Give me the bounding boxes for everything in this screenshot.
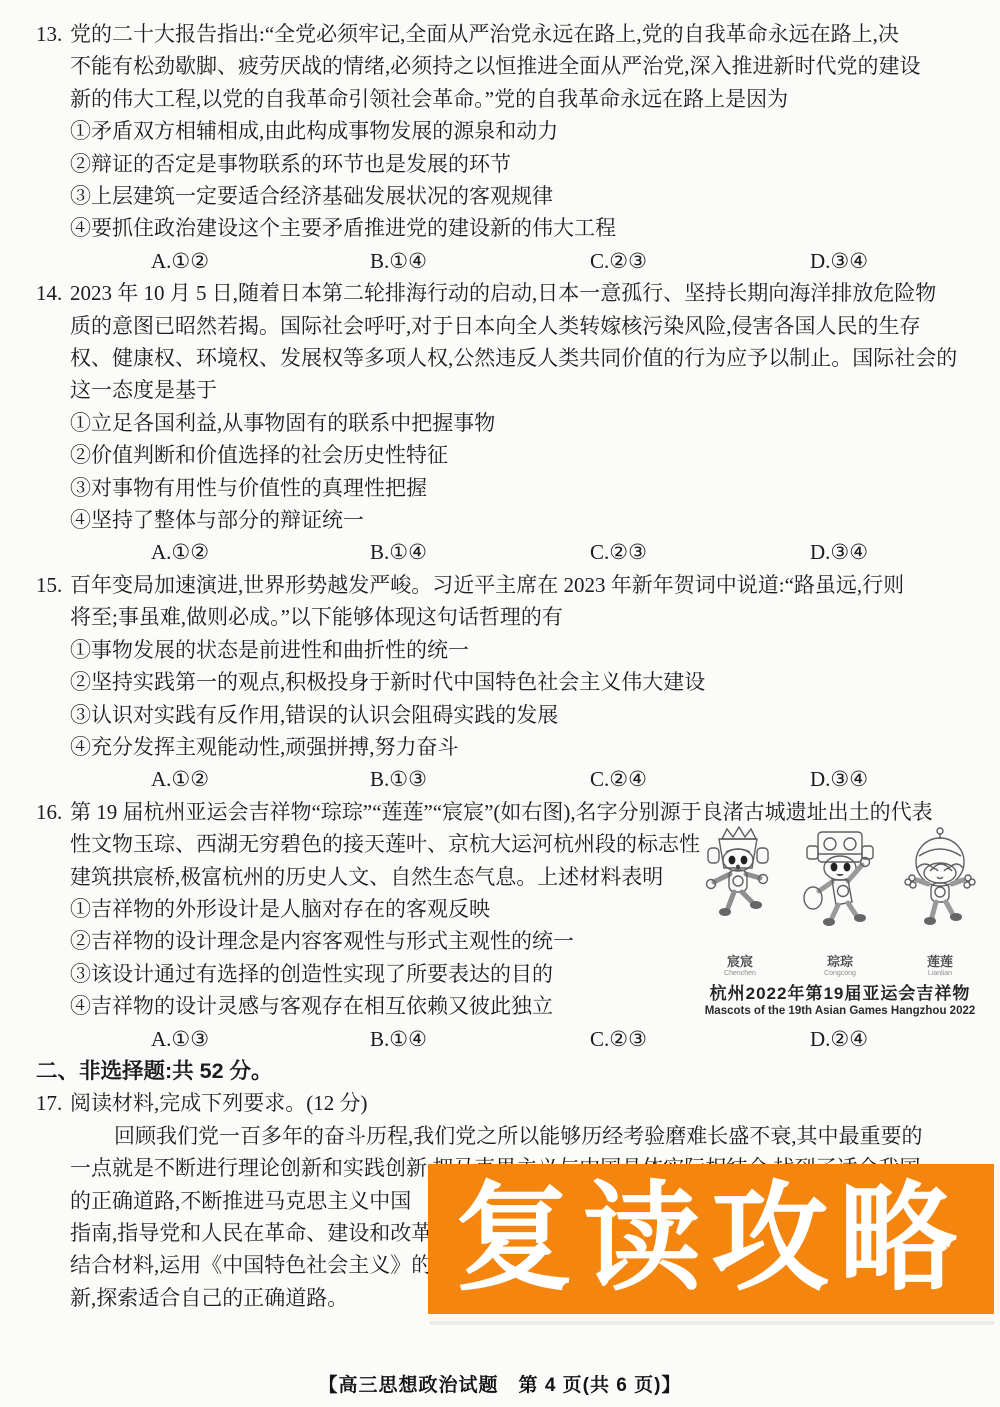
question-15: 15. 百年变局加速演进,世界形势越发严峻。习近平主席在 2023 年新年贺词中… [0, 569, 1000, 796]
question-16-number: 16. [36, 796, 62, 828]
question-17-intro: 阅读材料,完成下列要求。(12 分) [70, 1087, 970, 1119]
question-15-item-1: ①事物发展的状态是前进性和曲折性的统一 [70, 634, 970, 666]
question-13-stem-line: 新的伟大工程,以党的自我革命引领社会革命。”党的自我革命永远在路上是因为 [70, 83, 970, 115]
question-15-item-4: ④充分发挥主观能动性,顽强拼搏,努力奋斗 [70, 731, 970, 763]
question-16-option-d: D.②④ [810, 1023, 868, 1055]
question-14-options-row: A.①② B.①④ C.②③ D.③④ [70, 536, 970, 568]
mascot-name-lianlian: 莲莲 Lianlian [890, 955, 990, 978]
question-16: 16. 第 19 届杭州亚运会吉祥物“琮琮”“莲莲”“宸宸”(如右图),名字分别… [0, 796, 1000, 1055]
question-16-option-b: B.①④ [370, 1023, 427, 1055]
question-15-item-3: ③认识对实践有反作用,错误的认识会阻碍实践的发展 [70, 699, 970, 731]
mascot-name-zh: 宸宸 [690, 955, 790, 969]
question-13-option-b: B.①④ [370, 245, 427, 277]
mascot-chenchen-drawing [707, 827, 769, 916]
watermark-banner: 复读攻略 [428, 1164, 994, 1314]
question-16-option-c: C.②③ [590, 1023, 647, 1055]
mascot-name-zh: 琮琮 [790, 955, 890, 969]
mascots-figure: 宸宸 Chenchen 琮琮 Congcong 莲莲 Lianlian 杭州20… [690, 826, 990, 1018]
question-14-item-2: ②价值判断和价值选择的社会历史性特征 [70, 439, 970, 471]
question-13-option-c: C.②③ [590, 245, 647, 277]
mascot-name-en: Lianlian [890, 969, 990, 978]
question-13-item-1: ①矛盾双方相辅相成,由此构成事物发展的源泉和动力 [70, 115, 970, 147]
question-14-stem-line: 2023 年 10 月 5 日,随着日本第二轮排海行动的启动,日本一意孤行、坚持… [70, 277, 970, 309]
question-13-options-row: A.①② B.①④ C.②③ D.③④ [70, 245, 970, 277]
question-16-options-row: A.①③ B.①④ C.②③ D.②④ [70, 1023, 970, 1055]
question-14-item-1: ①立足各国利益,从事物固有的联系中把握事物 [70, 407, 970, 439]
mascot-names-row: 宸宸 Chenchen 琮琮 Congcong 莲莲 Lianlian [690, 955, 990, 978]
question-16-stem-line: 第 19 届杭州亚运会吉祥物“琮琮”“莲莲”“宸宸”(如右图),名字分别源于良渚… [70, 796, 970, 828]
question-15-stem-line: 百年变局加速演进,世界形势越发严峻。习近平主席在 2023 年新年贺词中说道:“… [70, 569, 970, 601]
question-13-option-d: D.③④ [810, 245, 868, 277]
mascot-name-en: Chenchen [690, 969, 790, 978]
mascot-name-en: Congcong [790, 969, 890, 978]
question-14-item-4: ④坚持了整体与部分的辩证统一 [70, 504, 970, 536]
question-14-stem-line: 这一态度是基于 [70, 374, 970, 406]
mascot-lianlian-drawing [905, 828, 975, 925]
mascot-name-congcong: 琮琮 Congcong [790, 955, 890, 978]
question-14-option-b: B.①④ [370, 536, 427, 568]
question-14-option-c: C.②③ [590, 536, 647, 568]
mascot-name-chenchen: 宸宸 Chenchen [690, 955, 790, 978]
mascot-congcong-drawing [804, 832, 873, 926]
question-15-option-b: B.①③ [370, 763, 427, 795]
question-14: 14. 2023 年 10 月 5 日,随着日本第二轮排海行动的启动,日本一意孤… [0, 277, 1000, 569]
question-15-option-d: D.③④ [810, 763, 868, 795]
exam-content: 13. 党的二十大报告指出:“全党必须牢记,全面从严治党永远在路上,党的自我革命… [0, 0, 1000, 1314]
question-17-number: 17. [36, 1087, 62, 1119]
scan-artifact-streak [430, 1321, 994, 1325]
question-14-stem-line: 权、健康权、环境权、发展权等多项人权,公然违反人类共同价值的行为应予以制止。国际… [70, 342, 970, 374]
question-14-option-a: A.①② [151, 536, 209, 568]
question-13: 13. 党的二十大报告指出:“全党必须牢记,全面从严治党永远在路上,党的自我革命… [0, 18, 1000, 277]
figure-caption-zh: 杭州2022年第19届亚运会吉祥物 [690, 984, 990, 1004]
question-14-number: 14. [36, 277, 62, 309]
question-13-item-2: ②辩证的否定是事物联系的环节也是发展的环节 [70, 148, 970, 180]
question-15-option-a: A.①② [151, 763, 209, 795]
question-13-item-4: ④要抓住政治建设这个主要矛盾推进党的建设新的伟大工程 [70, 212, 970, 244]
question-14-item-3: ③对事物有用性与价值性的真理性把握 [70, 472, 970, 504]
question-14-option-d: D.③④ [810, 536, 868, 568]
question-15-number: 15. [36, 569, 62, 601]
page-footer: 【高三思想政治试题 第 4 页(共 6 页)】 [0, 1370, 1000, 1397]
section-2-title: 二、非选择题:共 52 分。 [0, 1055, 1000, 1087]
figure-caption-en: Mascots of the 19th Asian Games Hangzhou… [690, 1004, 990, 1018]
mascots-illustration [690, 826, 990, 944]
question-17-para-line: 回顾我们党一百多年的奋斗历程,我们党之所以能够历经考验磨难长盛不衰,其中最重要的 [70, 1120, 970, 1152]
question-13-item-3: ③上层建筑一定要适合经济基础发展状况的客观规律 [70, 180, 970, 212]
question-15-option-c: C.②④ [590, 763, 647, 795]
question-13-stem-line: 不能有松劲歇脚、疲劳厌战的情绪,必须持之以恒推进全面从严治党,深入推进新时代党的… [70, 50, 970, 82]
question-15-item-2: ②坚持实践第一的观点,积极投身于新时代中国特色社会主义伟大建设 [70, 666, 970, 698]
question-14-stem-line: 质的意图已昭然若揭。国际社会呼吁,对于日本向全人类转嫁核污染风险,侵害各国人民的… [70, 310, 970, 342]
mascot-name-zh: 莲莲 [890, 955, 990, 969]
question-13-option-a: A.①② [151, 245, 209, 277]
question-16-option-a: A.①③ [151, 1023, 209, 1055]
question-13-stem-line: 党的二十大报告指出:“全党必须牢记,全面从严治党永远在路上,党的自我革命永远在路… [70, 18, 970, 50]
exam-page: 13. 党的二十大报告指出:“全党必须牢记,全面从严治党永远在路上,党的自我革命… [0, 0, 1000, 1407]
question-13-number: 13. [36, 18, 62, 50]
watermark-text: 复读攻略 [455, 1164, 967, 1314]
question-15-options-row: A.①② B.①③ C.②④ D.③④ [70, 763, 970, 795]
question-15-stem-line: 将至;事虽难,做则必成。”以下能够体现这句话哲理的有 [70, 601, 970, 633]
